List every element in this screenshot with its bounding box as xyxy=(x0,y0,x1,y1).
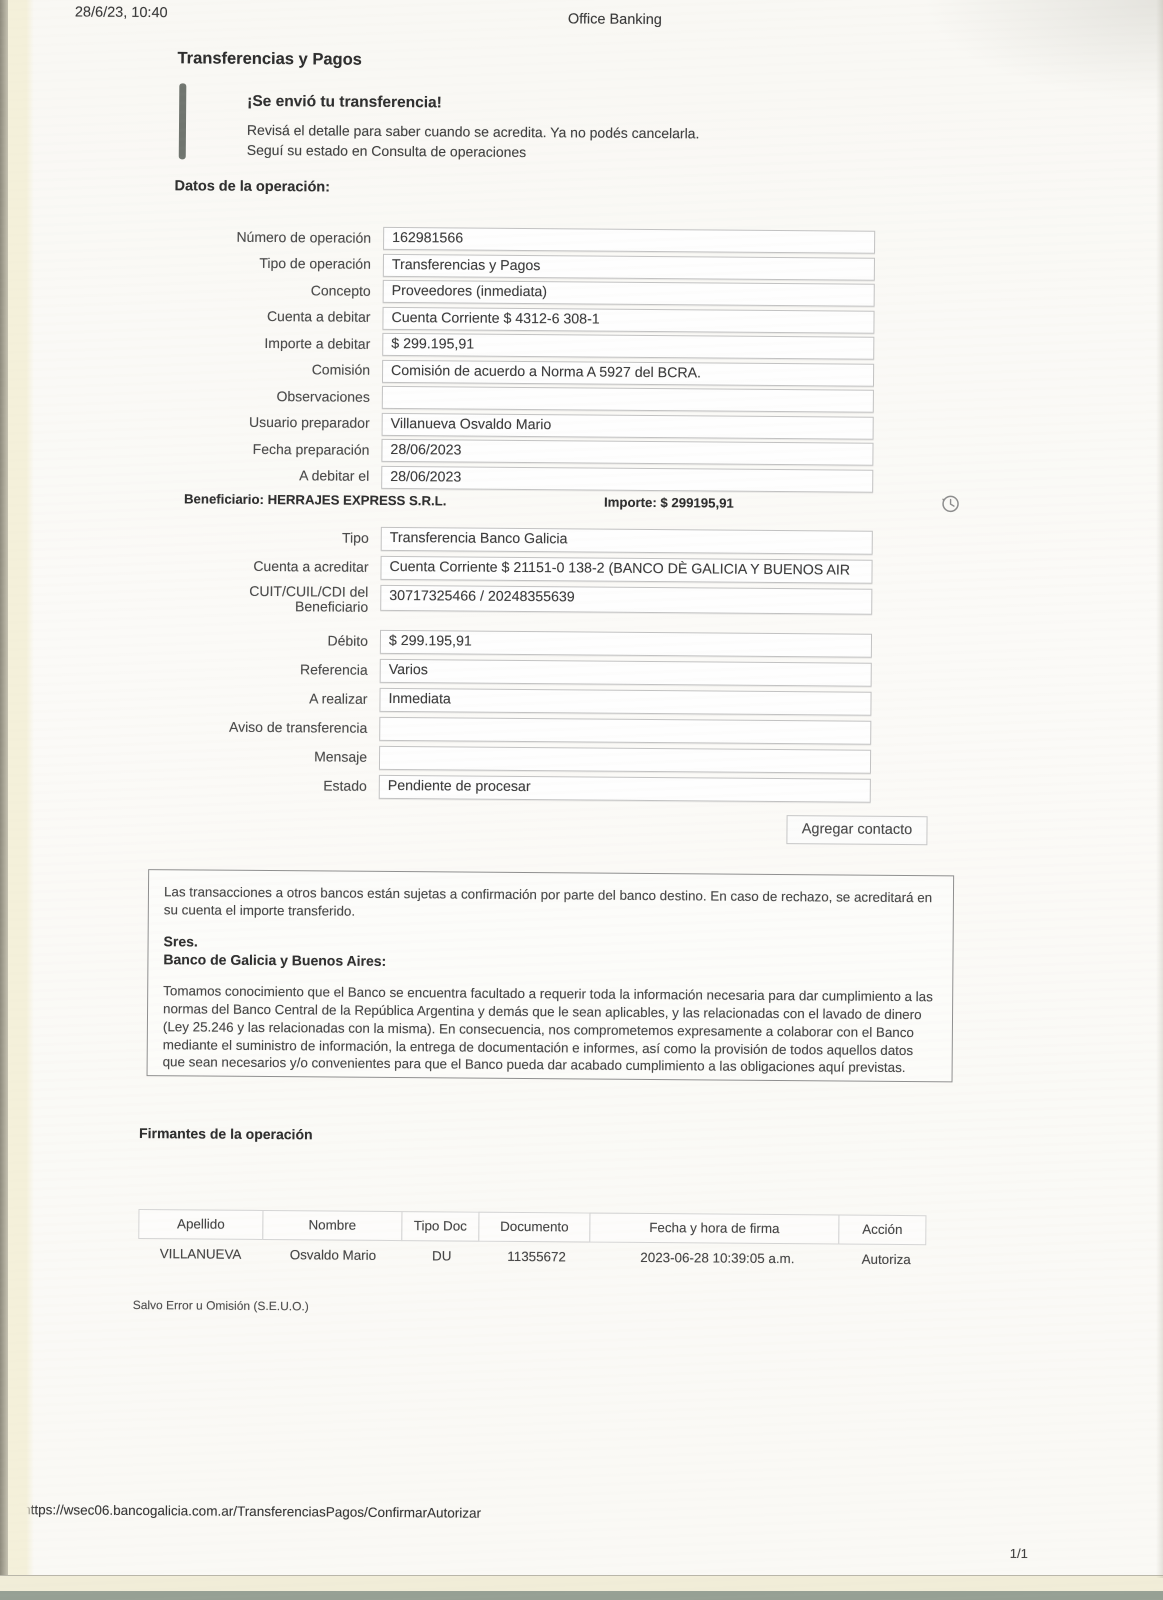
column-header-tipo-doc: Tipo Doc xyxy=(401,1211,479,1242)
field-row-tipo: Tipo Transferencia Banco Galicia xyxy=(0,524,956,556)
field-row-mensaje: Mensaje xyxy=(0,743,954,775)
field-input[interactable]: 28/06/2023 xyxy=(381,439,873,466)
field-label: Usuario preparador xyxy=(0,413,382,431)
column-header-fecha-firma: Fecha y hora de firma xyxy=(589,1213,839,1245)
beneficiary-amount: Importe: $ 299195,91 xyxy=(604,495,734,511)
success-message-title: ¡Se envió tu transferencia! xyxy=(247,93,442,113)
field-input[interactable]: Transferencias y Pagos xyxy=(383,253,875,280)
print-footer-url: https://wsec06.bancogalicia.com.ar/Trans… xyxy=(23,1502,481,1521)
field-input[interactable]: Transferencia Banco Galicia xyxy=(381,527,873,555)
cell-apellido: VILLANUEVA xyxy=(138,1239,263,1270)
field-input[interactable]: $ 299.195,91 xyxy=(382,333,874,360)
scanner-strip-left xyxy=(8,0,34,1578)
field-label: CUIT/CUIL/CDI del Beneficiario xyxy=(0,582,380,616)
field-input[interactable] xyxy=(379,746,871,774)
field-row-importe-debitar: Importe a debitar $ 299.195,91 xyxy=(0,330,957,361)
field-row-fecha-preparacion: Fecha preparación 28/06/2023 xyxy=(0,436,957,467)
app-title: Office Banking xyxy=(568,11,662,28)
section-title-operation-data: Datos de la operación: xyxy=(174,178,330,195)
field-label: Fecha preparación xyxy=(0,440,382,458)
field-label: Número de operación xyxy=(0,228,383,246)
field-row-observaciones: Observaciones xyxy=(0,383,957,414)
page-title: Transferencias y Pagos xyxy=(177,49,362,69)
field-row-a-realizar: A realizar Inmediata xyxy=(0,685,955,717)
notice-paragraph-2: Tomamos conocimiento que el Banco se enc… xyxy=(163,982,938,1077)
field-input[interactable]: Cuenta Corriente $ 4312-6 308-1 xyxy=(382,306,874,333)
field-row-referencia: Referencia Varios xyxy=(0,656,955,688)
field-row-cuenta-acreditar: Cuenta a acreditar Cuenta Corriente $ 21… xyxy=(0,553,956,585)
field-input[interactable]: Pendiente de procesar xyxy=(379,775,871,803)
success-message-line1: Revisá el detalle para saber cuando se a… xyxy=(247,122,700,142)
field-label: Concepto xyxy=(0,281,383,299)
field-input[interactable]: 28/06/2023 xyxy=(381,465,873,492)
legal-notice-box: Las transacciones a otros bancos están s… xyxy=(147,869,955,1082)
field-label: Débito xyxy=(0,631,380,649)
beneficiary-name: Beneficiario: HERRAJES EXPRESS S.R.L. xyxy=(184,491,446,508)
field-row-numero-operacion: Número de operación 162981566 xyxy=(0,224,958,255)
field-input[interactable]: $ 299.195,91 xyxy=(380,630,872,658)
field-row-cuenta-debitar: Cuenta a debitar Cuenta Corriente $ 4312… xyxy=(0,303,958,334)
scanner-edge-right xyxy=(1156,0,1163,1578)
field-input[interactable]: Villanueva Osvaldo Mario xyxy=(382,412,874,439)
field-input[interactable] xyxy=(382,386,874,413)
field-row-cuit-beneficiario: CUIT/CUIL/CDI del Beneficiario 307173254… xyxy=(0,582,955,630)
column-header-nombre: Nombre xyxy=(262,1210,402,1241)
field-row-debito: Débito $ 299.195,91 xyxy=(0,627,955,659)
add-contact-button[interactable]: Agregar contacto xyxy=(786,815,927,845)
field-row-estado: Estado Pendiente de procesar xyxy=(0,772,954,804)
field-row-tipo-operacion: Tipo de operación Transferencias y Pagos xyxy=(0,250,958,281)
cell-nombre: Osvaldo Mario xyxy=(263,1240,403,1271)
seuo-disclaimer: Salvo Error u Omisión (S.E.U.O.) xyxy=(133,1298,309,1313)
field-label: Tipo de operación xyxy=(0,254,383,272)
field-label: Aviso de transferencia xyxy=(0,718,379,736)
table-row: VILLANUEVA Osvaldo Mario DU 11355672 202… xyxy=(138,1239,930,1275)
field-input[interactable] xyxy=(379,717,871,745)
signers-table: Apellido Nombre Tipo Doc Documento Fecha… xyxy=(138,1209,930,1275)
field-row-aviso-transferencia: Aviso de transferencia xyxy=(0,714,954,746)
cell-tipo-doc: DU xyxy=(403,1241,481,1272)
field-label: Estado xyxy=(0,776,379,794)
column-header-accion: Acción xyxy=(838,1215,926,1246)
field-label: Comisión xyxy=(0,360,382,378)
field-label: A realizar xyxy=(0,689,380,707)
scanner-edge-left xyxy=(0,0,8,1600)
field-label: Cuenta a debitar xyxy=(0,307,383,325)
field-input[interactable]: 162981566 xyxy=(383,227,875,254)
field-label: Tipo xyxy=(0,528,381,546)
field-row-comision: Comisión Comisión de acuerdo a Norma A 5… xyxy=(0,356,957,387)
cell-fecha-firma: 2023-06-28 10:39:05 a.m. xyxy=(592,1243,842,1275)
field-input[interactable]: Varios xyxy=(380,659,872,687)
field-input[interactable]: Cuenta Corriente $ 21151-0 138-2 (BANCO … xyxy=(380,556,872,584)
field-label: Cuenta a acreditar xyxy=(0,557,381,575)
history-icon[interactable] xyxy=(938,491,962,515)
field-label: Referencia xyxy=(0,660,380,678)
cell-accion: Autoriza xyxy=(842,1245,930,1276)
signers-section-title: Firmantes de la operación xyxy=(139,1125,313,1142)
column-header-documento: Documento xyxy=(478,1212,590,1243)
field-input[interactable]: Inmediata xyxy=(379,688,871,716)
cell-documento: 11355672 xyxy=(481,1242,593,1273)
field-label: Importe a debitar xyxy=(0,334,382,352)
print-datetime: 28/6/23, 10:40 xyxy=(75,4,168,21)
scanner-strip-bottom xyxy=(0,1575,1163,1591)
scanner-bed-bottom xyxy=(0,1591,1163,1600)
field-input[interactable]: Comisión de acuerdo a Norma A 5927 del B… xyxy=(382,359,874,386)
operation-form: Número de operación 162981566 Tipo de op… xyxy=(0,224,958,497)
field-label: Observaciones xyxy=(0,387,382,405)
field-label: Mensaje xyxy=(0,747,379,765)
field-row-a-debitar-el: A debitar el 28/06/2023 xyxy=(0,462,956,493)
column-header-apellido: Apellido xyxy=(138,1209,263,1240)
field-input[interactable]: Proveedores (inmediata) xyxy=(383,280,875,307)
notice-paragraph-1: Las transacciones a otros bancos están s… xyxy=(164,883,938,925)
field-row-usuario-preparador: Usuario preparador Villanueva Osvaldo Ma… xyxy=(0,409,957,440)
transfer-form: Tipo Transferencia Banco Galicia Cuenta … xyxy=(0,524,956,809)
print-page-number: 1/1 xyxy=(1010,1546,1028,1561)
field-row-concepto: Concepto Proveedores (inmediata) xyxy=(0,277,958,308)
print-content: 28/6/23, 10:40 Office Banking Transferen… xyxy=(0,0,1163,1600)
field-label: A debitar el xyxy=(0,466,381,484)
success-message-line2: Seguí su estado en Consulta de operacion… xyxy=(247,142,527,160)
field-input[interactable]: 30717325466 / 20248355639 xyxy=(380,585,872,615)
success-accent-bar xyxy=(179,83,187,159)
